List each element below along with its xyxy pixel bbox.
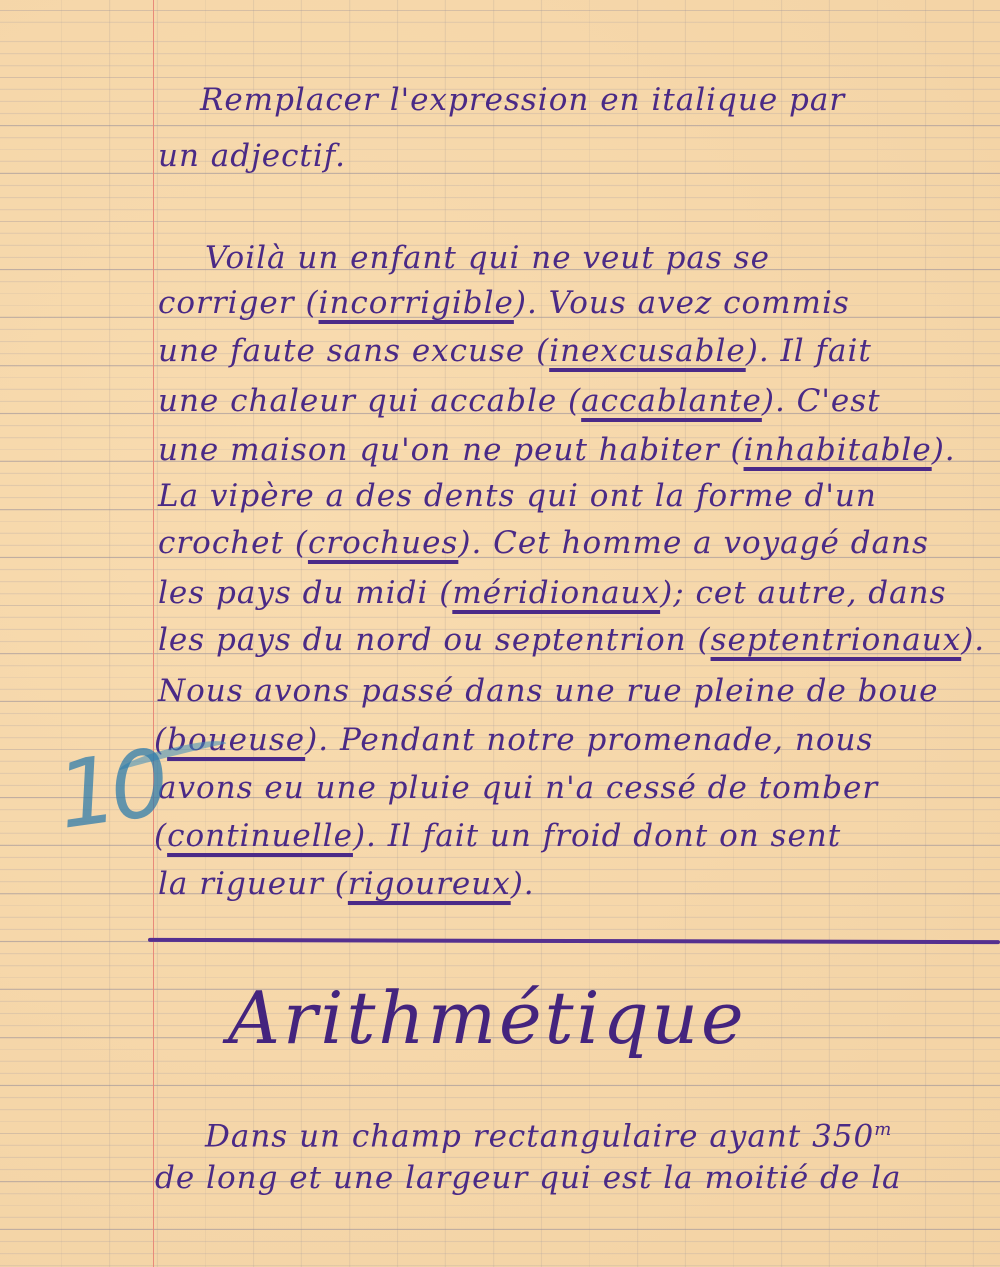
instruction-line-2: un adjectif. <box>158 138 346 174</box>
answer-word: méridionaux <box>452 575 660 611</box>
answer-word: inhabitable <box>744 432 932 468</box>
exercise-line: (continuelle). Il fait un froid dont on … <box>154 818 841 854</box>
exercise-line: une faute sans excuse (inexcusable). Il … <box>158 333 872 369</box>
answer-word: crochues <box>308 525 458 561</box>
answer-word: inexcusable <box>549 333 746 369</box>
exercise-line: les pays du nord ou septentrion (septent… <box>158 622 985 658</box>
exercise-line: corriger (incorrigible). Vous avez commi… <box>158 285 850 321</box>
exercise-line: Voilà un enfant qui ne veut pas se <box>205 240 770 276</box>
exercise-line: avons eu une pluie qui n'a cessé de tomb… <box>158 770 878 806</box>
section-heading: Arithmétique <box>228 978 747 1058</box>
section-divider <box>148 938 1000 944</box>
exercise-line: La vipère a des dents qui ont la forme d… <box>158 478 877 514</box>
exercise-line: Nous avons passé dans une rue pleine de … <box>158 673 938 709</box>
exercise-line: une maison qu'on ne peut habiter (inhabi… <box>158 432 956 468</box>
problem-line-2: de long et une largeur qui est la moitié… <box>155 1160 902 1196</box>
answer-word: rigoureux <box>348 866 511 902</box>
exercise-line: une chaleur qui accable (accablante). C'… <box>158 383 881 419</box>
notebook-page: Remplacer l'expression en italique par u… <box>0 0 1000 1267</box>
exercise-line: les pays du midi (méridionaux); cet autr… <box>158 575 947 611</box>
answer-word: continuelle <box>167 818 353 854</box>
exercise-line: la rigueur (rigoureux). <box>158 866 535 902</box>
exercise-line: crochet (crochues). Cet homme a voyagé d… <box>158 525 929 561</box>
problem-line-1: Dans un champ rectangulaire ayant 350m <box>205 1112 892 1154</box>
answer-word: septentrionaux <box>711 622 962 658</box>
margin-line <box>153 0 154 1267</box>
grade-mark: 10 <box>52 733 170 847</box>
instruction-line-1: Remplacer l'expression en italique par <box>200 82 845 118</box>
exercise-line: (boueuse). Pendant notre promenade, nous <box>154 722 873 758</box>
answer-word: incorrigible <box>319 285 514 321</box>
answer-word: accablante <box>581 383 762 419</box>
